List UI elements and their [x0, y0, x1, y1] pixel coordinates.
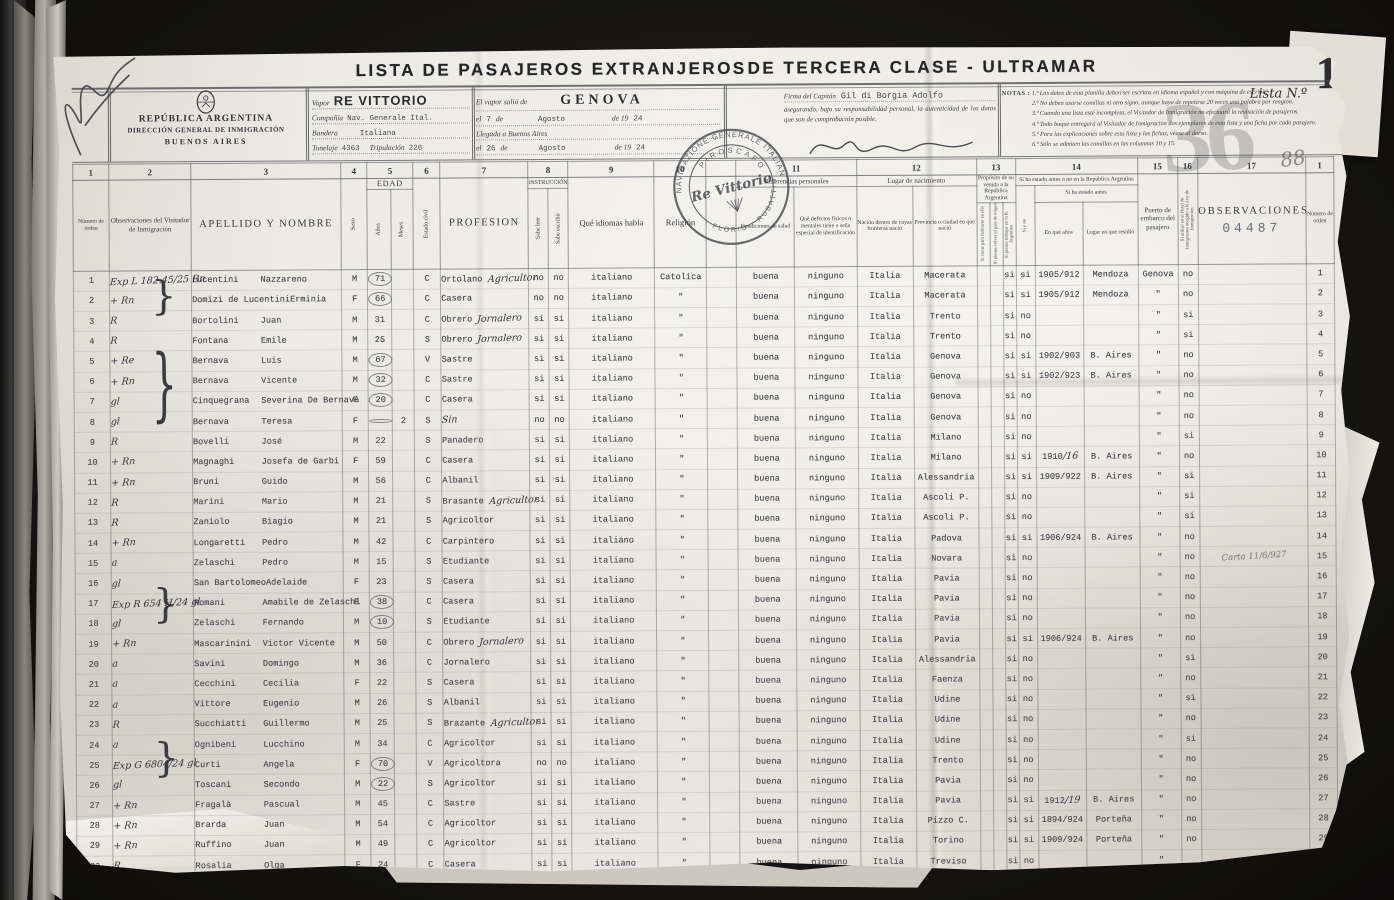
- cell-defects: ninguno: [796, 448, 858, 469]
- cell-embark-port: ": [1141, 708, 1181, 728]
- cell-purpose-2: [993, 730, 1006, 750]
- cell-name: RomaniAmabile de Zelaschi: [193, 592, 343, 613]
- cell-spacer: [709, 630, 739, 650]
- cell-order-number: 23: [76, 715, 112, 735]
- cell-defects: ninguno: [797, 670, 859, 691]
- cell-purpose-2: [991, 467, 1004, 487]
- coat-of-arms-icon: [196, 90, 216, 114]
- cell-writes: si: [550, 450, 570, 470]
- cell-immigrant-hotel: no: [1180, 547, 1200, 567]
- cell-sex: M: [342, 350, 368, 370]
- cell-profession: Casera: [442, 450, 530, 471]
- passenger-table: 1234 567 8910 1112 1314 1516171 Número d…: [72, 156, 1338, 877]
- cell-writes: si: [550, 470, 570, 490]
- col-provincia: Provincia o ciudad en que nació: [912, 186, 977, 266]
- cell-birth-nation: Italia: [857, 286, 913, 307]
- cell-age-years: 54: [371, 814, 395, 834]
- cell-name: BernavaTeresa: [192, 411, 342, 432]
- cell-religion: ": [657, 630, 709, 651]
- cell-been-years: [1037, 648, 1085, 668]
- cell-spacer: [709, 671, 739, 691]
- cell-health: buena: [740, 812, 798, 833]
- cell-visitor-observation: + Rn: [110, 452, 192, 473]
- cell-been-before: si: [1017, 447, 1036, 467]
- cell-sex: M: [342, 310, 368, 330]
- cell-embark-port: ": [1139, 426, 1179, 446]
- cell-spacer: [707, 307, 737, 327]
- cell-age-years: 56: [369, 471, 393, 491]
- cell-profession: Albanil: [442, 470, 530, 491]
- cell-health: buena: [738, 509, 796, 530]
- cell-profession: Agricoltor: [444, 813, 532, 834]
- cell-been-place: [1085, 608, 1140, 629]
- cell-age-months: [394, 592, 416, 612]
- cell-birth-province: Alessandria: [914, 467, 978, 488]
- cell-reads: si: [529, 369, 549, 389]
- cell-visitor-observation: + Rn: [110, 371, 192, 392]
- cell-observations: [1200, 627, 1308, 648]
- cell-age-months: [392, 289, 414, 309]
- cell-purpose-3: si: [1003, 326, 1016, 346]
- compania-value: Nav. Generale Ital.: [347, 115, 433, 124]
- cell-reads: si: [532, 773, 552, 793]
- cell-birth-province: Trento: [913, 326, 977, 347]
- cell-birth-province: Genova: [913, 346, 977, 367]
- cell-embark-port: ": [1140, 607, 1180, 627]
- cell-been-place: [1083, 305, 1138, 326]
- cell-been-place: [1086, 709, 1141, 730]
- cell-profession: Casera: [441, 389, 529, 410]
- cell-observations: [1199, 506, 1307, 527]
- cell-profession: Brasante Agricultor: [442, 490, 530, 511]
- cell-been-years: 1902/923: [1036, 366, 1084, 386]
- cell-been-place: [1086, 749, 1141, 770]
- cell-defects: ninguno: [797, 569, 859, 590]
- cell-civil-status: C: [416, 632, 443, 652]
- cell-purpose-1: [978, 386, 991, 406]
- cell-order-number: 11: [75, 473, 111, 493]
- cell-been-place: [1085, 668, 1140, 689]
- cell-religion: ": [656, 530, 708, 551]
- cell-health: buena: [740, 731, 798, 752]
- cell-purpose-3: si: [1004, 507, 1017, 527]
- cell-language: italiano: [572, 772, 658, 793]
- cell-immigrant-hotel: no: [1180, 587, 1200, 607]
- cell-birth-province: Pavia: [915, 629, 979, 650]
- cell-been-before: no: [1018, 568, 1037, 588]
- tripulacion-value: 226: [409, 145, 423, 153]
- cell-health: buena: [740, 832, 798, 853]
- cell-birth-nation: Italia: [860, 710, 916, 731]
- cell-observations: [1199, 405, 1307, 426]
- cell-immigrant-hotel: no: [1181, 769, 1201, 789]
- cell-age-months: 2: [392, 410, 414, 430]
- cell-been-before: no: [1016, 326, 1035, 346]
- arr-de: de: [500, 143, 507, 152]
- cell-purpose-2: [993, 810, 1006, 830]
- cell-religion: ": [656, 449, 708, 470]
- cell-age-years: 49: [371, 834, 395, 854]
- cell-religion: ": [658, 792, 710, 813]
- cell-civil-status: C: [414, 390, 441, 410]
- cell-order-number: 30: [77, 856, 113, 876]
- cell-purpose-1: [979, 588, 992, 608]
- cell-language: italiano: [572, 833, 658, 854]
- cell-been-place: [1084, 426, 1139, 447]
- cell-observations: [1199, 385, 1307, 406]
- cell-purpose-3: si: [1005, 689, 1018, 709]
- cell-sex: M: [344, 713, 370, 733]
- cell-age-years: 26: [370, 693, 394, 713]
- cell-age-months: [394, 652, 416, 672]
- col-estado-civil: Estado civil: [413, 178, 441, 269]
- cell-observations: [1201, 687, 1309, 708]
- cell-sex: F: [344, 673, 370, 693]
- cell-reads: si: [530, 470, 550, 490]
- cell-birth-nation: Italia: [859, 629, 915, 650]
- cell-birth-province: Milano: [914, 427, 978, 448]
- cell-observations: [1199, 425, 1307, 446]
- cell-reads: si: [529, 329, 549, 349]
- cell-observations: [1199, 364, 1307, 385]
- cell-sex: M: [344, 693, 370, 713]
- cell-immigrant-hotel: si: [1179, 426, 1199, 446]
- cell-order-number-right: 1: [1306, 263, 1334, 283]
- arrival-year: 24: [636, 144, 645, 152]
- cell-been-place: B. Aires: [1085, 527, 1140, 548]
- cell-been-place: [1084, 406, 1139, 427]
- cell-embark-port: ": [1141, 729, 1181, 749]
- col-en-que-anos: En qué años: [1035, 202, 1083, 265]
- cell-birth-nation: Italia: [858, 528, 914, 549]
- col-apellido-nombre: APELLIDO Y NOMBRE: [191, 179, 342, 271]
- cell-order-number: 20: [76, 654, 112, 674]
- cell-immigrant-hotel: [1182, 850, 1202, 870]
- cell-reads: si: [532, 853, 552, 873]
- col-salud: Condiciones de salud: [736, 187, 795, 267]
- cell-been-years: [1036, 507, 1084, 527]
- cell-embark-port: ": [1139, 406, 1179, 426]
- cell-order-number: 29: [77, 836, 113, 856]
- cell-order-number-right: 24: [1309, 728, 1337, 748]
- cell-visitor-observation: a: [112, 654, 194, 675]
- cell-religion: ": [656, 429, 708, 450]
- cell-birth-province: Ascoli P.: [914, 488, 978, 509]
- cell-immigrant-hotel: no: [1181, 749, 1201, 769]
- cell-language: italiano: [569, 328, 655, 349]
- cell-birth-province: Trento: [916, 750, 980, 771]
- cell-order-number: 5: [74, 352, 110, 372]
- cell-purpose-2: [992, 629, 1005, 649]
- cell-purpose-2: [993, 750, 1006, 770]
- cell-order-number: 3: [74, 311, 110, 331]
- arrival-day: 26: [486, 145, 495, 153]
- cell-embark-port: ": [1140, 628, 1180, 648]
- cell-birth-nation: Italia: [857, 347, 913, 368]
- cell-purpose-1: [978, 487, 991, 507]
- cell-purpose-1: [978, 508, 991, 528]
- cell-order-number: 26: [76, 775, 112, 795]
- cell-profession: Obrero Jornalero: [443, 632, 531, 653]
- cell-purpose-2: [990, 285, 1003, 305]
- cell-purpose-1: [977, 346, 990, 366]
- cell-reads: si: [530, 571, 550, 591]
- cell-order-number-right: 15: [1308, 546, 1336, 566]
- cell-embark-port: ": [1139, 385, 1179, 405]
- cell-purpose-3: si: [1004, 366, 1017, 386]
- cell-sex: M: [343, 471, 369, 491]
- cell-purpose-3: si: [1006, 810, 1019, 830]
- cell-writes: si: [551, 652, 571, 672]
- cell-spacer: [710, 812, 740, 832]
- cell-defects: ninguno: [796, 549, 858, 570]
- cell-health: buena: [737, 347, 795, 368]
- cell-age-years: 70: [370, 754, 394, 774]
- cell-purpose-3: si: [1005, 608, 1018, 628]
- cell-order-number-right: 22: [1309, 687, 1337, 707]
- col-sabe-leer: Sabe leer: [528, 188, 548, 268]
- cell-spacer: [709, 590, 739, 610]
- cell-health: buena: [737, 368, 795, 389]
- cell-defects: ninguno: [795, 266, 857, 287]
- cell-immigrant-hotel: no: [1181, 708, 1201, 728]
- cell-sex: M: [345, 794, 371, 814]
- cell-age-months: [393, 511, 415, 531]
- cell-writes: si: [551, 611, 571, 631]
- cell-order-number-right: 10: [1307, 445, 1335, 465]
- cell-sex: M: [345, 814, 371, 834]
- cell-purpose-1: [977, 286, 990, 306]
- cell-name: SucchiattiGuillermo: [194, 713, 344, 734]
- cell-purpose-3: si: [1003, 265, 1016, 285]
- cell-birth-nation: Italia: [859, 609, 915, 630]
- cell-profession: Albanil: [443, 692, 531, 713]
- cell-embark-port: Genova: [1138, 264, 1178, 284]
- cell-writes: si: [551, 591, 571, 611]
- cell-immigrant-hotel: no: [1180, 567, 1200, 587]
- cell-embark-port: ": [1140, 547, 1180, 567]
- cell-religion: Catolica: [655, 267, 707, 288]
- cell-health: buena: [739, 650, 797, 671]
- cell-visitor-observation: + Rn: [111, 472, 193, 493]
- cell-writes: si: [549, 308, 569, 328]
- col-defectos: Qué defectos físicos o mentales tiene o …: [794, 187, 857, 267]
- cell-name: MagnaghiJosefa de Garbi: [193, 451, 343, 472]
- cell-immigrant-hotel: si: [1179, 466, 1199, 486]
- cell-been-place: B. Aires: [1084, 365, 1139, 386]
- cell-reads: si: [530, 450, 550, 470]
- cell-civil-status: C: [416, 733, 443, 753]
- cell-age-months: [393, 531, 415, 551]
- cell-age-months: [394, 693, 416, 713]
- cell-birth-nation: Italia: [858, 427, 914, 448]
- cell-visitor-observation: a: [112, 735, 194, 756]
- cell-civil-status: S: [416, 612, 443, 632]
- cell-birth-province: Macerata: [913, 265, 977, 286]
- cell-defects: ninguno: [797, 630, 859, 651]
- cell-health: buena: [738, 549, 796, 570]
- cell-religion: ": [658, 731, 710, 752]
- agency-department: DIRECCIÓN GENERAL DE INMIGRACIÓN: [110, 125, 302, 134]
- cell-reads: si: [531, 692, 551, 712]
- cell-sex: M: [344, 633, 370, 653]
- cell-order-number-right: 17: [1308, 586, 1336, 606]
- cell-religion: ": [657, 610, 709, 631]
- cell-purpose-3: si: [1005, 568, 1018, 588]
- cell-defects: ninguno: [796, 468, 858, 489]
- cell-sex: F: [345, 855, 371, 875]
- cell-health: buena: [737, 307, 795, 328]
- cell-been-place: Mendoza: [1083, 285, 1138, 306]
- cell-been-before: si: [1016, 265, 1035, 285]
- cell-purpose-2: [992, 568, 1005, 588]
- cell-purpose-3: si: [1004, 407, 1017, 427]
- col-idiomas: Qué idiomas habla: [568, 177, 655, 268]
- cell-purpose-2: [993, 831, 1006, 851]
- notes-block: NOTAS : 1.ª Los datos de esta planilla d…: [1002, 82, 1354, 156]
- cell-reads: si: [532, 813, 552, 833]
- cell-observations: Carta 11/6/927: [1200, 546, 1308, 567]
- cell-language: italiano: [570, 449, 656, 470]
- cell-purpose-2: [990, 306, 1003, 326]
- cell-health: buena: [739, 690, 797, 711]
- cell-profession: Casera: [441, 288, 529, 309]
- cell-embark-port: ": [1140, 668, 1180, 688]
- cell-been-place: Porteña: [1086, 810, 1141, 831]
- cell-health: buena: [738, 428, 796, 449]
- cell-reads: si: [529, 389, 549, 409]
- passenger-rows: 1 Exp L 182.45/25 Rn LucentiniNazzareno …: [73, 263, 1338, 876]
- cell-name: CurtiAngela: [194, 754, 344, 775]
- cell-language: italiano: [571, 631, 657, 652]
- cell-been-years: [1037, 568, 1085, 588]
- cell-been-years: 1906/924: [1037, 628, 1085, 648]
- cell-age-months: [393, 471, 415, 491]
- cell-age-months: [394, 713, 416, 733]
- cell-civil-status: S: [414, 410, 441, 430]
- cell-profession: Agricoltor: [442, 510, 530, 531]
- cell-name: CecchiniCecilia: [194, 673, 344, 694]
- cell-spacer: [708, 449, 738, 469]
- cell-language: italiano: [569, 288, 655, 309]
- cell-civil-status: C: [417, 794, 444, 814]
- cell-purpose-3: si: [1005, 548, 1018, 568]
- form-header-band: REPÚBLICA ARGENTINA DIRECCIÓN GENERAL DE…: [72, 80, 1344, 163]
- observaciones-stamp-number: 04487: [1198, 221, 1305, 237]
- cell-visitor-observation: + Rn: [111, 533, 193, 554]
- cell-language: italiano: [572, 752, 658, 773]
- cell-age-years: 21: [369, 511, 393, 531]
- cell-purpose-2: [992, 689, 1005, 709]
- cell-name: BruniGuido: [193, 471, 343, 492]
- cell-age-months: [394, 632, 416, 652]
- cell-defects: ninguno: [795, 367, 857, 388]
- cell-spacer: [708, 529, 738, 549]
- cell-sex: F: [344, 754, 370, 774]
- cell-purpose-2: [991, 528, 1004, 548]
- cell-spacer: [707, 348, 737, 368]
- cell-birth-nation: Italia: [860, 791, 916, 812]
- cell-sex: M: [343, 511, 369, 531]
- cell-age-months: [392, 350, 414, 370]
- cell-order-number: 17: [75, 594, 111, 614]
- cell-been-before: no: [1017, 386, 1036, 406]
- col-proposito-sub3: Si piensa trabajar en la R. Argentina: [1003, 202, 1016, 265]
- cell-been-place: [1086, 729, 1141, 750]
- cell-been-before: no: [1017, 507, 1036, 527]
- cell-age-years: 25: [370, 713, 394, 733]
- photographed-ledger-scene: { "title":{"left":"LISTA DE PASAJEROS EX…: [0, 0, 1394, 900]
- cell-reads: si: [530, 430, 550, 450]
- cell-age-months: [393, 491, 415, 511]
- cell-name: SaviniDomingo: [194, 653, 344, 674]
- cell-embark-port: ": [1141, 769, 1181, 789]
- cell-purpose-2: [992, 548, 1005, 568]
- cell-embark-port: ": [1139, 365, 1179, 385]
- cell-writes: si: [550, 571, 570, 591]
- cell-profession: Etudiante: [443, 611, 531, 632]
- cell-religion: ": [658, 832, 710, 853]
- cell-health: buena: [738, 529, 796, 550]
- cell-name: LucentiniNazzareno: [191, 269, 341, 290]
- cell-profession: Casera: [443, 672, 531, 693]
- cell-immigrant-hotel: si: [1181, 688, 1201, 708]
- cell-profession: Panadero: [442, 430, 530, 451]
- cell-defects: ninguno: [797, 650, 859, 671]
- cell-purpose-1: [978, 528, 991, 548]
- cell-religion: ": [656, 469, 708, 490]
- cell-been-years: [1038, 749, 1086, 769]
- cell-profession: Carpintero: [442, 531, 530, 552]
- cell-sex: M: [342, 431, 368, 451]
- cell-purpose-2: [993, 790, 1006, 810]
- cell-birth-province: Milano: [914, 447, 978, 468]
- cell-immigrant-hotel: no: [1180, 627, 1200, 647]
- captain-statement: asegurando, bajo su responsabilidad pers…: [784, 104, 996, 126]
- cell-reads: si: [531, 611, 551, 631]
- cell-purpose-2: [992, 649, 1005, 669]
- cell-visitor-observation: R: [111, 512, 193, 533]
- cell-been-years: 1905/912: [1035, 265, 1083, 285]
- cell-age-years: 32: [368, 370, 392, 390]
- dep-el: el: [476, 114, 481, 123]
- cell-age-months: [392, 329, 414, 349]
- cell-been-before: si: [1018, 528, 1037, 548]
- cell-age-years: 45: [371, 794, 395, 814]
- cell-purpose-2: [991, 427, 1004, 447]
- cell-defects: ninguno: [796, 407, 858, 428]
- cell-name: ZelaschiPedro: [193, 552, 343, 573]
- cell-order-number-right: 8: [1307, 405, 1335, 425]
- col-lugar-residio: Lugar en que residió: [1083, 201, 1138, 264]
- cell-purpose-3: si: [1005, 669, 1018, 689]
- cell-birth-nation: Italia: [860, 730, 916, 751]
- cell-sex: M: [344, 653, 370, 673]
- cell-age-months: [395, 834, 417, 854]
- cell-profession: Casera: [442, 571, 530, 592]
- cell-age-months: [393, 552, 415, 572]
- cell-visitor-observation: gl: [111, 613, 193, 634]
- cell-birth-nation: Italia: [860, 771, 916, 792]
- cell-defects: ninguno: [797, 589, 859, 610]
- cell-been-before: no: [1017, 487, 1036, 507]
- cell-immigrant-hotel: no: [1178, 284, 1198, 304]
- cell-purpose-2: [992, 669, 1005, 689]
- cell-sex: F: [343, 451, 369, 471]
- cell-embark-port: ": [1140, 587, 1180, 607]
- cell-birth-province: Alessandria: [915, 649, 979, 670]
- cell-religion: ": [656, 489, 708, 510]
